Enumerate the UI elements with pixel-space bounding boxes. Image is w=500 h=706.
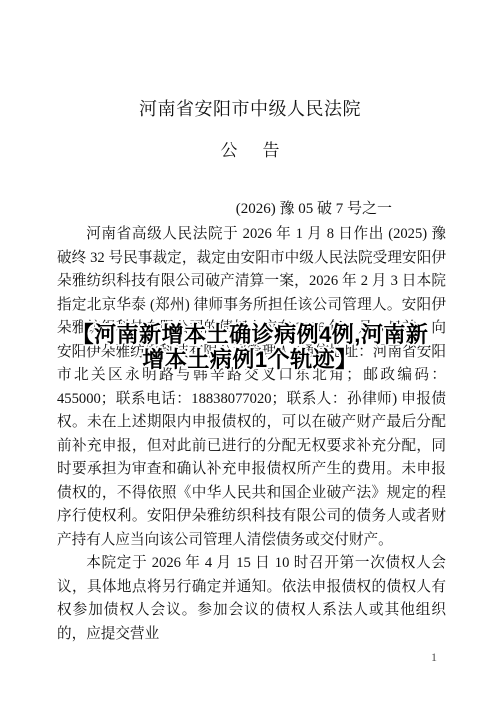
notice-paragraph-2: 本院定于 2026 年 4 月 15 日 10 时召开第一次债权人会议，具体地点… bbox=[57, 552, 446, 646]
court-name: 河南省安阳市中级人民法院 bbox=[0, 0, 500, 121]
notice-body: 河南省高级人民法院于 2026 年 1 月 8 日作出 (2025) 豫破终 3… bbox=[57, 223, 446, 646]
notice-title: 公 告 bbox=[0, 136, 500, 161]
notice-paragraph-1: 河南省高级人民法院于 2026 年 1 月 8 日作出 (2025) 豫破终 3… bbox=[57, 223, 446, 552]
headline-line-2: 增本土病例1个轨迹】 bbox=[0, 347, 500, 372]
headline-line-1: 【河南新增本土确诊病例4例,河南新 bbox=[0, 322, 500, 347]
news-headline-overlay: 【河南新增本土确诊病例4例,河南新 增本土病例1个轨迹】 bbox=[0, 322, 500, 372]
document-page: 河南省安阳市中级人民法院 公 告 (2026) 豫 05 破 7 号之一 河南省… bbox=[0, 0, 500, 706]
page-number: 1 bbox=[431, 650, 437, 665]
case-number: (2026) 豫 05 破 7 号之一 bbox=[0, 197, 500, 218]
